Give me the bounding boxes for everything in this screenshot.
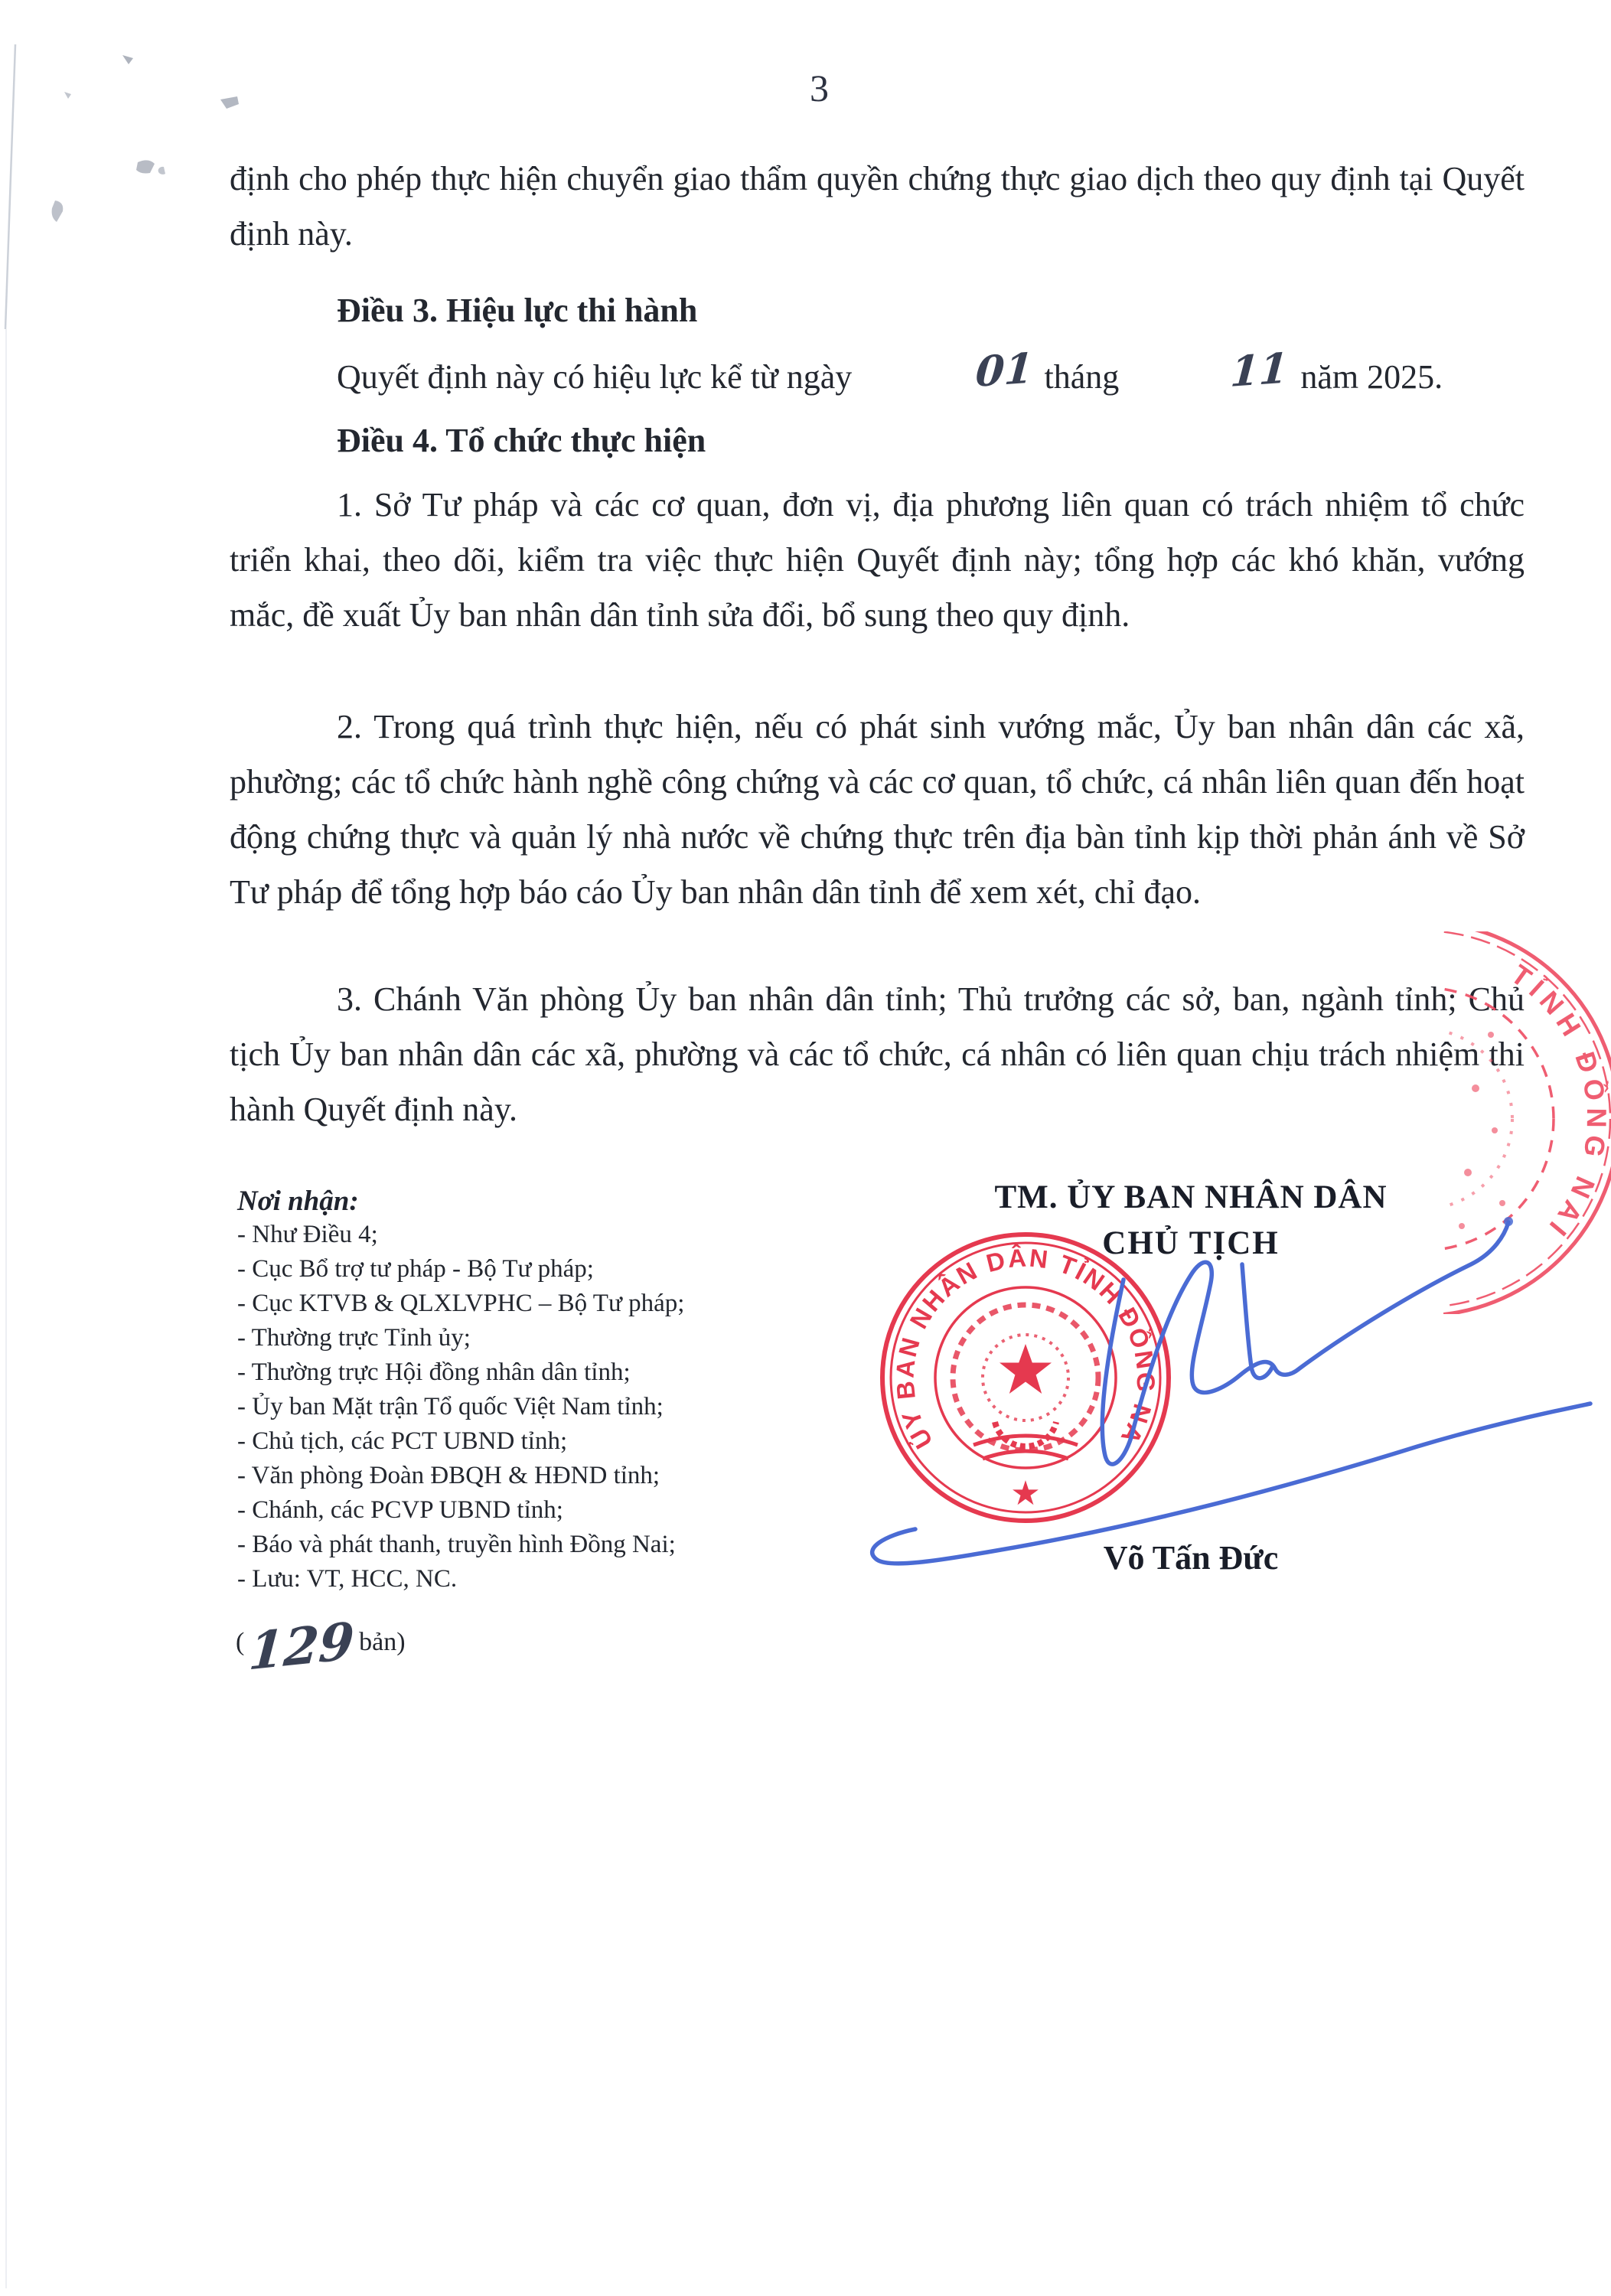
recipients-block: Nơi nhận: - Như Điều 4; - Cục Bổ trợ tư … — [237, 1185, 819, 1596]
handwritten-effective-day: 01 — [867, 340, 1035, 407]
copies-open-paren: ( — [236, 1628, 244, 1656]
seal-bottom-star: ★ — [1010, 1475, 1040, 1512]
article-3-heading: Điều 3. Hiệu lực thi hành — [230, 283, 1525, 338]
recipient-item: - Lưu: VT, HCC, NC. — [237, 1562, 819, 1596]
recipient-item: - Thường trực Hội đồng nhân dân tỉnh; — [237, 1355, 819, 1390]
article-4-item-3: 3. Chánh Văn phòng Ủy ban nhân dân tỉnh;… — [230, 972, 1525, 1137]
article-3-text-after: năm 2025. — [1300, 358, 1443, 396]
article-4-heading: Điều 4. Tổ chức thực hiện — [230, 413, 1525, 468]
recipient-item: - Thường trực Tỉnh ủy; — [237, 1321, 819, 1355]
handwritten-signature — [872, 1217, 1590, 1564]
page-number: 3 — [810, 66, 829, 110]
seal-emblem — [953, 1305, 1098, 1459]
recipient-item: - Chủ tịch, các PCT UBND tỉnh; — [237, 1424, 819, 1459]
recipient-item: - Báo và phát thanh, truyền hình Đồng Na… — [237, 1528, 819, 1562]
handwritten-effective-month: 11 — [1122, 340, 1290, 407]
recipient-item: - Cục Bổ trợ tư pháp - Bộ Tư pháp; — [237, 1252, 819, 1287]
svg-text:ỦY BAN NHÂN DÂN TỈNH ĐỒNG NAI: ỦY BAN NHÂN DÂN TỈNH ĐỒNG NAI — [891, 1243, 1161, 1453]
article-4-item-1: 1. Sở Tư pháp và các cơ quan, đơn vị, đị… — [230, 478, 1525, 643]
emblem-star — [1000, 1344, 1052, 1394]
signing-authority-line: TM. ỦY BAN NHÂN DÂN — [880, 1179, 1502, 1216]
recipients-label: Nơi nhận: — [237, 1185, 819, 1218]
scan-artifacts — [5, 44, 239, 2288]
recipient-item: - Cục KTVB & QLXLVPHC – Bộ Tư pháp; — [237, 1287, 819, 1321]
handwritten-copies-count: 129 — [247, 1610, 357, 1681]
recipient-item: - Chánh, các PCVP UBND tỉnh; — [237, 1493, 819, 1528]
signer-name: Võ Tấn Đức — [880, 1538, 1502, 1577]
recipient-item: - Ủy ban Mặt trận Tổ quốc Việt Nam tỉnh; — [237, 1390, 819, 1424]
copies-count-line: (129bản) — [236, 1616, 406, 1676]
article-3-text-mid: tháng — [1044, 358, 1119, 396]
stamp-and-signature-overlay: TỈNH ĐỒNG NAI ỦY BAN NHÂN DÂN TỈNH ĐỒNG … — [0, 0, 1611, 2296]
official-round-seal: ỦY BAN NHÂN DÂN TỈNH ĐỒNG NAI ★ — [882, 1234, 1169, 1521]
article-3-paragraph: Quyết định này có hiệu lực kể từ ngày01t… — [230, 346, 1525, 405]
article-4-item-2: 2. Trong quá trình thực hiện, nếu có phá… — [230, 700, 1525, 920]
recipient-item: - Như Điều 4; — [237, 1218, 819, 1252]
recipient-item: - Văn phòng Đoàn ĐBQH & HĐND tỉnh; — [237, 1459, 819, 1493]
seal-arc-text: ỦY BAN NHÂN DÂN TỈNH ĐỒNG NAI — [891, 1243, 1161, 1453]
copies-label: bản) — [359, 1628, 405, 1656]
article-3-text-before: Quyết định này có hiệu lực kể từ ngày — [337, 358, 852, 396]
paragraph-continuation: định cho phép thực hiện chuyển giao thẩm… — [230, 152, 1525, 262]
signer-title-line: CHỦ TỊCH — [880, 1225, 1502, 1262]
document-page: 3 định cho phép thực hiện chuyển giao th… — [0, 0, 1611, 2296]
